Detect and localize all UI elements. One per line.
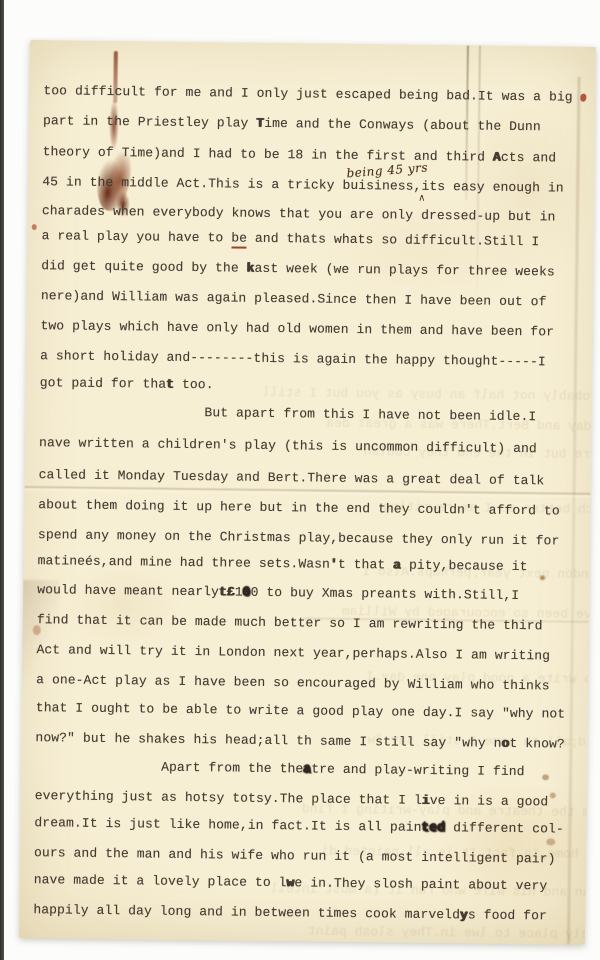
typed-text-segment: a short holiday and--------this is again… (40, 348, 546, 369)
typed-line: charades when everybody knows that you a… (42, 203, 556, 224)
typed-line: got paid for that too. (40, 375, 214, 392)
typed-text-segment: charades when everybody knows that you a… (42, 203, 556, 224)
typed-text-segment: now?" but he shakes his head;all th same… (35, 730, 501, 751)
typed-line: happily all day long and in between time… (33, 902, 547, 923)
typed-line: too difficult for me and I only just esc… (43, 83, 573, 104)
typed-text-segment: dream.It is just like home,in fact.It is… (34, 815, 421, 835)
typed-line: called it Monday Tuesday and Bert.There … (39, 467, 545, 488)
typed-text-segment: find that it can be made much better so … (37, 612, 543, 633)
typed-line: dream.It is just like home,in fact.It is… (34, 815, 564, 836)
typed-text-segment: Apart from the the (161, 760, 303, 777)
typed-text-segment: everything just as hotsy totsy.The place… (35, 788, 422, 808)
typed-text-segment: t know? (509, 736, 564, 752)
typed-text-segment: cts and (501, 150, 556, 166)
typed-text-segment: too. (174, 377, 214, 392)
typed-line: nave written a children's play (this is … (39, 435, 537, 456)
typed-text-segment: too difficult for me and I only just esc… (43, 83, 573, 104)
typed-text-segment: ve in is a good (430, 793, 549, 809)
typed-text-segment: got paid for tha (40, 375, 167, 392)
typed-text-segment: a real play you have to (42, 228, 232, 245)
typed-text-segment: nave written a children's play (this is … (39, 435, 537, 456)
typed-line: Act and will try it in London next year,… (36, 642, 550, 663)
typed-text-segment: But apart from this I have not been idle… (204, 405, 536, 424)
typed-text-segment: different col- (445, 820, 564, 836)
typed-text-segment: 45 in the middle Act.This is a tricky bu… (42, 174, 564, 195)
typed-text-segment: happily all day long and in between time… (33, 902, 460, 922)
typed-text-segment: would have meant nearly (37, 582, 219, 599)
typed-text-segment: nave made it a lovely place to l (34, 872, 287, 890)
typed-text-segment: a one-Act play as I have been so encoura… (36, 672, 550, 693)
typed-line: about them doing it up here but in the e… (38, 497, 560, 518)
typed-line: everything just as hotsy totsy.The place… (35, 788, 549, 809)
typed-text-segment: pity,because it (401, 558, 528, 575)
typed-line: a real play you have to be and thats wha… (42, 228, 540, 249)
typed-line: But apart from this I have not been idle… (204, 405, 536, 424)
typed-text-segment: w (286, 875, 294, 890)
typed-line: that I ought to be able to write a good … (36, 700, 566, 721)
typed-text-segment: nere)and William was again pleased.Since… (41, 288, 547, 309)
typed-line: find that it can be made much better so … (37, 612, 543, 633)
typed-text-segment: ast week (we run plays for three weeks (254, 261, 554, 280)
typed-line: Apart from the theatre and play-writing … (161, 760, 525, 779)
letter-paper: probably not half an busy as you but I s… (19, 40, 596, 945)
typed-text-segment: that I ought to be able to write a good … (36, 700, 566, 721)
typed-line: spend any money on the Christmas play,be… (38, 527, 560, 548)
typed-text-segment: t that (338, 557, 393, 573)
typed-text-segment: tre and play-writing I find (311, 761, 525, 779)
typed-text-segment: and thats whats so difficult.Still I (247, 231, 540, 250)
typed-text-segment: part in the Priestley play (43, 113, 257, 131)
typed-text-segment: called it Monday Tuesday and Bert.There … (39, 467, 545, 488)
typed-line: theory of Time)and I had to be 18 in the… (43, 144, 557, 165)
typed-text-segment: spend any money on the Christmas play,be… (38, 527, 560, 548)
typed-text-segment: y (460, 907, 468, 922)
typed-text-segment: two plays which have only had old women … (40, 318, 554, 339)
typed-line: matineés,and mine had three sets.Wasn't … (38, 553, 528, 574)
typed-line: ours and the man and his wife who run it… (34, 845, 556, 866)
typed-line: nave made it a lovely place to lwe in.Th… (34, 872, 548, 893)
typed-text-segment: 0 to buy Xmas preants with.Still,I (251, 585, 520, 603)
scanner-edge-strip (0, 0, 4, 960)
typed-text-segment: did get quite good by the (41, 258, 247, 276)
typed-text-segment: ime and the Conways (about the Dunn (264, 116, 541, 134)
typed-line: did get quite good by the kast week (we … (41, 258, 555, 279)
typed-line: 45 in the middle Act.This is a tricky bu… (42, 174, 564, 195)
typed-text-segment: t£ (219, 584, 235, 599)
typed-line: would have meant nearlyt£100 to buy Xmas… (37, 582, 519, 603)
typed-text-segment: be (231, 230, 247, 248)
typed-line: two plays which have only had old women … (40, 318, 554, 339)
typed-line: a short holiday and--------this is again… (40, 348, 546, 369)
typed-line: a one-Act play as I have been so encoura… (36, 672, 550, 693)
typed-text-segment: ours and the man and his wife who run it… (34, 845, 556, 866)
typed-text-segment: Act and will try it in London next year,… (36, 642, 550, 663)
typed-text-segment: e in.They slosh paint about very (294, 875, 547, 893)
typed-text-layer: too difficult for me and I only just esc… (19, 40, 596, 945)
handwritten-caret-mark: ∧ (418, 193, 425, 204)
typed-text-segment: s food for (468, 907, 547, 923)
typed-text-segment: matineés,and mine had three sets.Wasn (38, 553, 331, 572)
typed-line: now?" but he shakes his head;all th same… (35, 730, 565, 751)
typed-text-segment: ted (421, 820, 445, 835)
typed-text-segment: about them doing it up here but in the e… (38, 497, 560, 518)
typed-line: part in the Priestley play Time and the … (43, 113, 541, 134)
typed-line: nere)and William was again pleased.Since… (41, 288, 547, 309)
